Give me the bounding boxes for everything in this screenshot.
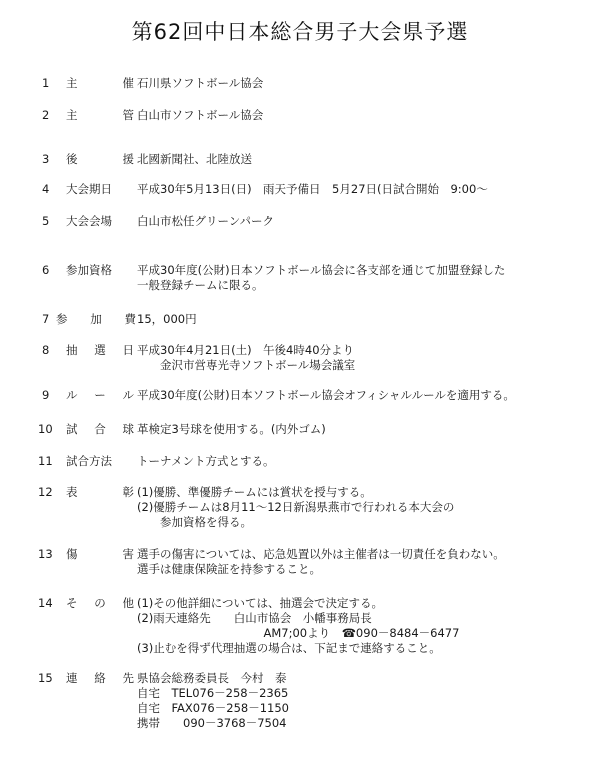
item-label: 試合球 [66, 422, 134, 437]
item-number: 13 [38, 547, 60, 562]
item-body: 平成30年度(公財)日本ソフトボール協会オフィシャルルールを適用する。 [137, 388, 515, 403]
item-body: 平成30年5月13日(日) 雨天予備日 5月27日(日試合開始 9:00～ [137, 182, 488, 197]
item-label: 参加費 [56, 312, 136, 327]
item-label: 主催 [66, 76, 134, 91]
item-label-part: 合 [94, 422, 106, 437]
item-body: 革検定3号球を使用する。(内外ゴム) [137, 422, 326, 437]
item-label: 連絡先 [66, 671, 134, 686]
item-line: 自宅 TEL076－258－2365 [137, 686, 289, 701]
item-label: 試合方法 [66, 454, 134, 469]
item-line: 白山市松任グリーンパーク [137, 214, 274, 229]
item-body: トーナメント方式とする。 [137, 454, 275, 469]
item-line: 平成30年4月21日(土) 午後4時40分より [137, 343, 355, 358]
item-body: (1)その他詳細については、抽選会で決定する。(2)雨天連絡先 白山市協会 小幡… [137, 596, 459, 656]
item-label: 参加資格 [66, 263, 134, 278]
item-label-part: 先 [123, 671, 135, 686]
item-label-part: 絡 [94, 671, 106, 686]
item-label-part: 後 [66, 152, 78, 167]
item-line: 白山市ソフトボール協会 [137, 108, 263, 123]
item-body: 15，000円 [137, 312, 197, 327]
item-line: 石川県ソフトボール協会 [137, 76, 263, 91]
item-line: 北國新聞社、北陸放送 [137, 152, 252, 167]
item-label-part: 参 [56, 312, 68, 327]
item-line: AM7;00より ☎090－8484－6477 [137, 626, 459, 641]
item-label-part: 主 [66, 76, 78, 91]
item-label-part: そ [66, 596, 78, 611]
item-label-part: 援 [123, 152, 135, 167]
item-number: 6 [42, 263, 64, 278]
item-label-part: ル [123, 388, 135, 403]
item-number: 10 [38, 422, 60, 437]
item-label-part: 抽 [66, 343, 78, 358]
item-label-part: 連 [66, 671, 78, 686]
item-label-part: 主 [66, 108, 78, 123]
item-label-part: 傷 [66, 547, 78, 562]
item-label: 表彰 [66, 485, 134, 500]
item-label-part: 他 [123, 596, 135, 611]
item-number: 8 [42, 343, 64, 358]
item-body: 平成30年4月21日(土) 午後4時40分より 金沢市営専光寺ソフトボール場会議… [137, 343, 355, 373]
item-line: (3)止むを得ず代理抽選の場合は、下記まで連絡すること。 [137, 641, 459, 656]
item-number: 2 [42, 108, 64, 123]
item-line: (1)優勝、準優勝チームには賞状を授与する。 [137, 485, 454, 500]
item-line: 県協会総務委員長 今村 泰 [137, 671, 289, 686]
item-number: 14 [38, 596, 60, 611]
item-label-part: ー [94, 388, 106, 403]
item-label-part: 試 [66, 422, 78, 437]
item-body: 北國新聞社、北陸放送 [137, 152, 252, 167]
item-number: 9 [42, 388, 64, 403]
item-label: 傷害 [66, 547, 134, 562]
item-number: 3 [42, 152, 64, 167]
item-line: (2)優勝チームは8月11～12日新潟県燕市で行われる本大会の [137, 500, 454, 515]
item-number: 1 [42, 76, 64, 91]
item-label: ルール [66, 388, 134, 403]
item-line: 革検定3号球を使用する。(内外ゴム) [137, 422, 326, 437]
item-line: 選手は健康保険証を持参すること。 [137, 562, 505, 577]
item-body: 石川県ソフトボール協会 [137, 76, 263, 91]
document-title: 第62回中日本総合男子大会県予選 [0, 16, 600, 46]
item-label-part: ル [66, 388, 78, 403]
item-label-part: 参加資格 [66, 263, 112, 278]
item-label-part: 催 [123, 76, 135, 91]
item-line: 一般登録チームに限る。 [137, 278, 505, 293]
item-line: 携帯 090－3768－7504 [137, 716, 289, 731]
item-line: 平成30年度(公財)日本ソフトボール協会に各支部を通じて加盟登録した [137, 263, 505, 278]
item-label: 抽選日 [66, 343, 134, 358]
item-number: 12 [38, 485, 60, 500]
item-line: トーナメント方式とする。 [137, 454, 275, 469]
item-label: 後援 [66, 152, 134, 167]
item-line: 15，000円 [137, 312, 197, 327]
item-body: 選手の傷害については、応急処置以外は主催者は一切責任を負わない。選手は健康保険証… [137, 547, 505, 577]
item-label: 大会会場 [66, 214, 134, 229]
item-label-part: 管 [123, 108, 135, 123]
item-label: その他 [66, 596, 134, 611]
item-label-part: 害 [123, 547, 135, 562]
item-label-part: の [94, 596, 106, 611]
item-label: 主管 [66, 108, 134, 123]
item-label-part: 試合方法 [66, 454, 112, 469]
item-line: (2)雨天連絡先 白山市協会 小幡事務局長 [137, 611, 459, 626]
item-label-part: 費 [125, 312, 137, 327]
item-line: (1)その他詳細については、抽選会で決定する。 [137, 596, 459, 611]
item-number: 4 [42, 182, 64, 197]
item-label-part: 彰 [123, 485, 135, 500]
item-label-part: 球 [123, 422, 135, 437]
item-body: 平成30年度(公財)日本ソフトボール協会に各支部を通じて加盟登録した一般登録チー… [137, 263, 505, 293]
item-body: 県協会総務委員長 今村 泰自宅 TEL076－258－2365自宅 FAX076… [137, 671, 289, 731]
item-line: 自宅 FAX076－258－1150 [137, 701, 289, 716]
item-label-part: 日 [123, 343, 135, 358]
item-line: 平成30年5月13日(日) 雨天予備日 5月27日(日試合開始 9:00～ [137, 182, 488, 197]
item-body: (1)優勝、準優勝チームには賞状を授与する。(2)優勝チームは8月11～12日新… [137, 485, 454, 530]
item-body: 白山市松任グリーンパーク [137, 214, 274, 229]
item-number: 5 [42, 214, 64, 229]
item-number: 11 [38, 454, 60, 469]
item-label-part: 大会会場 [66, 214, 112, 229]
item-label-part: 大会期日 [66, 182, 112, 197]
item-line: 選手の傷害については、応急処置以外は主催者は一切責任を負わない。 [137, 547, 505, 562]
item-line: 参加資格を得る。 [137, 515, 454, 530]
item-line: 金沢市営専光寺ソフトボール場会議室 [137, 358, 355, 373]
item-label-part: 表 [66, 485, 78, 500]
item-number: 15 [38, 671, 60, 686]
item-body: 白山市ソフトボール協会 [137, 108, 263, 123]
item-label-part: 加 [90, 312, 102, 327]
item-line: 平成30年度(公財)日本ソフトボール協会オフィシャルルールを適用する。 [137, 388, 515, 403]
item-label-part: 選 [94, 343, 106, 358]
item-label: 大会期日 [66, 182, 134, 197]
